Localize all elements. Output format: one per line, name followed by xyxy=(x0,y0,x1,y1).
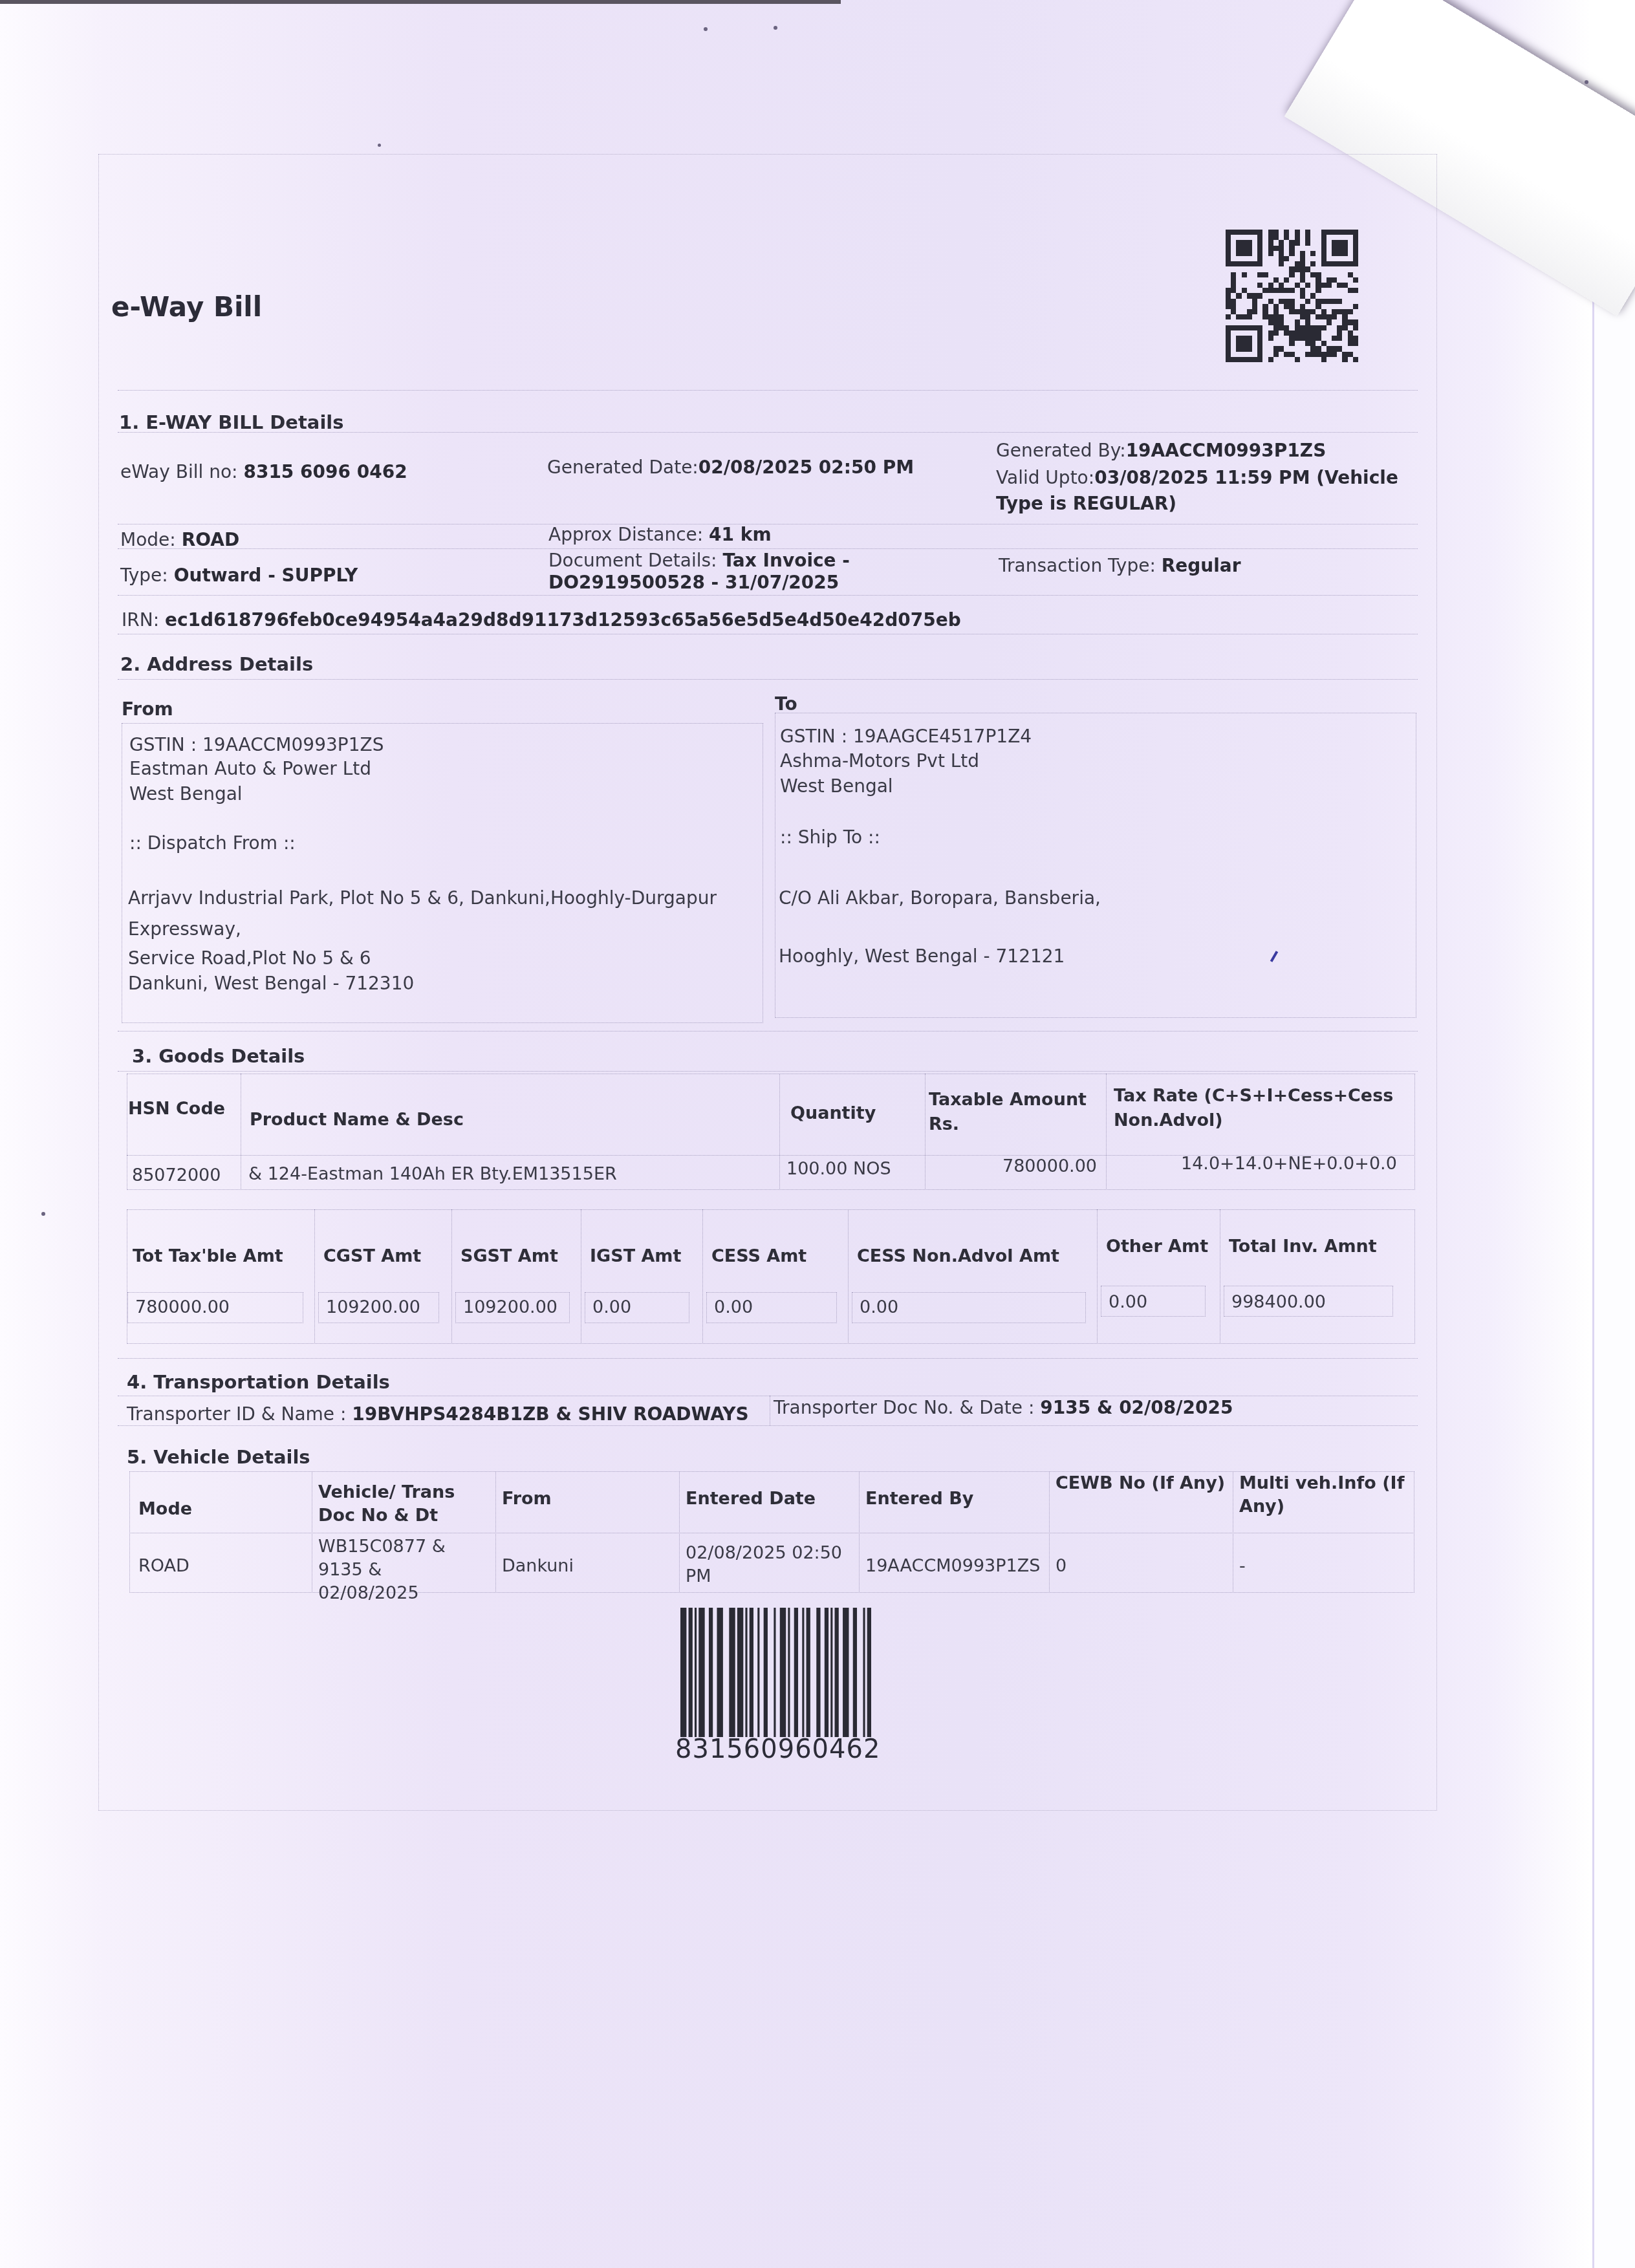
totals-value-4: 0.00 xyxy=(714,1296,753,1319)
document-details-label: Document Details: xyxy=(548,550,717,571)
divider xyxy=(118,595,1418,596)
totals-col-3: IGST Amt xyxy=(590,1245,706,1268)
divider xyxy=(118,1396,1418,1396)
totals-value-7: 998400.00 xyxy=(1231,1291,1326,1314)
dispatch-from-label: :: Dispatch From :: xyxy=(129,832,296,854)
speck xyxy=(1585,80,1588,84)
document-details-value: Tax Invoice - xyxy=(722,550,850,571)
barcode-number: 831560960462 xyxy=(675,1734,880,1764)
totals-col-5: CESS Non.Advol Amt xyxy=(857,1245,1103,1268)
totals-col-6: Other Amt xyxy=(1106,1235,1222,1258)
to-address-line1: C/O Ali Akbar, Boropara, Bansberia, xyxy=(779,887,1101,909)
transporter-doc-value: 9135 & 02/08/2025 xyxy=(1040,1397,1233,1418)
type-label: Type: xyxy=(120,565,168,586)
vehicle-col-5: CEWB No (If Any) xyxy=(1056,1472,1230,1495)
divider xyxy=(118,634,1418,634)
col-sep xyxy=(779,1074,780,1189)
col-taxable-amount: Taxable Amount Rs. xyxy=(929,1088,1103,1137)
speck xyxy=(774,26,777,30)
col-sep xyxy=(1097,1209,1098,1343)
mode-value: ROAD xyxy=(182,529,240,550)
col-sep xyxy=(1049,1471,1050,1592)
col-sep xyxy=(241,1074,241,1189)
valid-upto-cont: Type is REGULAR) xyxy=(996,493,1176,514)
transaction-type-value: Regular xyxy=(1162,555,1241,576)
page-edge xyxy=(1592,149,1635,2268)
to-label: To xyxy=(775,693,797,715)
transporter-label: Transporter ID & Name : xyxy=(127,1403,346,1425)
vehicle-col-4: Entered By xyxy=(865,1487,1046,1511)
vehicle-value-4: 19AACCM0993P1ZS xyxy=(865,1555,1046,1578)
transporter-doc-label: Transporter Doc No. & Date : xyxy=(774,1397,1034,1418)
section-heading-goods: 3. Goods Details xyxy=(132,1045,305,1067)
col-hsn-code: HSN Code xyxy=(128,1097,232,1121)
barcode-icon xyxy=(680,1608,871,1737)
divider xyxy=(118,1358,1418,1359)
speck xyxy=(378,144,381,147)
totals-col-1: CGST Amt xyxy=(323,1245,456,1268)
vehicle-col-3: Entered Date xyxy=(686,1487,854,1511)
divider xyxy=(118,390,1418,391)
totals-value-5: 0.00 xyxy=(860,1296,898,1319)
col-sep xyxy=(925,1074,926,1189)
vehicle-value-6: - xyxy=(1239,1555,1407,1578)
from-address-line3: Service Road,Plot No 5 & 6 xyxy=(128,947,371,969)
section-heading-vehicle: 5. Vehicle Details xyxy=(127,1446,310,1468)
section-heading-transportation: 4. Transportation Details xyxy=(127,1371,390,1393)
to-address-line2: Hooghly, West Bengal - 712121 xyxy=(779,945,1065,967)
col-sep xyxy=(859,1471,860,1592)
transaction-type-label: Transaction Type: xyxy=(999,555,1156,576)
goods-taxable-amount: 780000.00 xyxy=(1002,1155,1097,1178)
speck xyxy=(41,1212,45,1216)
vehicle-col-1: Vehicle/ Trans Doc No & Dt xyxy=(318,1481,486,1528)
totals-col-4: CESS Amt xyxy=(711,1245,854,1268)
eway-bill-no: eWay Bill no: 8315 6096 0462 xyxy=(120,461,407,482)
goods-quantity: 100.00 NOS xyxy=(786,1158,891,1181)
valid-upto: Valid Upto:03/08/2025 11:59 PM (Vehicle xyxy=(996,467,1398,488)
transporter-value: 19BVHPS4284B1ZB & SHIV ROADWAYS xyxy=(352,1403,748,1425)
type-value: Outward - SUPPLY xyxy=(174,565,358,586)
to-gstin: GSTIN : 19AAGCE4517P1Z4 xyxy=(780,726,1032,747)
divider xyxy=(129,1533,1413,1533)
mode-label: Mode: xyxy=(120,529,176,550)
generated-by-label: Generated By: xyxy=(996,440,1126,461)
from-name: Eastman Auto & Power Ltd xyxy=(129,758,371,779)
totals-col-7: Total Inv. Amnt xyxy=(1229,1235,1410,1258)
col-sep xyxy=(1106,1074,1107,1189)
section-heading-eway-details: 1. E-WAY BILL Details xyxy=(119,411,344,433)
divider xyxy=(118,1425,1418,1426)
col-quantity: Quantity xyxy=(790,1102,876,1125)
col-tax-rate: Tax Rate (C+S+I+Cess+Cess Non.Advol) xyxy=(1114,1084,1411,1133)
document-details-cont: DO2919500528 - 31/07/2025 xyxy=(548,572,839,593)
eway-bill-no-label: eWay Bill no: xyxy=(120,461,238,482)
transporter: Transporter ID & Name : 19BVHPS4284B1ZB … xyxy=(127,1403,749,1425)
goods-product: & 124-Eastman 140Ah ER Bty.EM13515ER xyxy=(248,1163,617,1186)
totals-value-3: 0.00 xyxy=(592,1296,631,1319)
to-state: West Bengal xyxy=(780,775,893,797)
from-address-line2: Expressway, xyxy=(128,918,241,940)
col-sep xyxy=(312,1471,312,1592)
page-title: e-Way Bill xyxy=(111,291,262,323)
goods-tax-rate: 14.0+14.0+NE+0.0+0.0 xyxy=(1181,1152,1397,1176)
col-sep xyxy=(581,1209,581,1343)
vehicle-value-5: 0 xyxy=(1056,1555,1230,1578)
totals-table xyxy=(127,1209,1415,1344)
from-address-line1: Arrjavv Industrial Park, Plot No 5 & 6, … xyxy=(128,887,717,909)
document-number: DO2919500528 - 31/07/2025 xyxy=(548,572,839,593)
vehicle-col-2: From xyxy=(502,1487,670,1511)
from-state: West Bengal xyxy=(129,783,243,805)
totals-col-0: Tot Tax'ble Amt xyxy=(133,1245,320,1268)
valid-upto-value: 03/08/2025 11:59 PM (Vehicle xyxy=(1094,467,1398,488)
speck xyxy=(704,27,708,31)
divider xyxy=(118,548,1418,549)
totals-value-2: 109200.00 xyxy=(463,1296,558,1319)
totals-col-2: SGST Amt xyxy=(460,1245,587,1268)
vehicle-col-0: Mode xyxy=(138,1498,307,1521)
generated-by-value: 19AACCM0993P1ZS xyxy=(1126,440,1326,461)
approx-distance: Approx Distance: 41 km xyxy=(548,524,772,545)
col-sep xyxy=(495,1471,496,1592)
divider xyxy=(118,679,1418,680)
irn: IRN: ec1d618796feb0ce94954a4a29d8d91173d… xyxy=(122,609,961,631)
from-label: From xyxy=(122,698,173,720)
type: Type: Outward - SUPPLY xyxy=(120,565,358,586)
mode: Mode: ROAD xyxy=(120,529,239,550)
scan-edge xyxy=(0,0,841,4)
transaction-type: Transaction Type: Regular xyxy=(999,555,1241,576)
from-gstin: GSTIN : 19AACCM0993P1ZS xyxy=(129,734,384,755)
col-sep xyxy=(451,1209,452,1343)
col-sep xyxy=(848,1209,849,1343)
section-heading-address: 2. Address Details xyxy=(120,653,313,675)
vehicle-value-3: 02/08/2025 02:50 PM xyxy=(686,1542,854,1588)
divider xyxy=(118,432,1418,433)
document-details: Document Details: Tax Invoice - xyxy=(548,550,850,571)
valid-upto-label: Valid Upto: xyxy=(996,467,1094,488)
from-address-line4: Dankuni, West Bengal - 712310 xyxy=(128,973,414,994)
col-sep xyxy=(1220,1209,1220,1343)
col-sep xyxy=(770,1396,770,1425)
transporter-doc: Transporter Doc No. & Date : 9135 & 02/0… xyxy=(774,1397,1233,1418)
irn-value: ec1d618796feb0ce94954a4a29d8d91173d12593… xyxy=(165,609,961,631)
vehicle-value-2: Dankuni xyxy=(502,1555,670,1578)
col-product-name: Product Name & Desc xyxy=(250,1108,464,1132)
vehicle-value-1: WB15C0877 & 9135 & 02/08/2025 xyxy=(318,1535,454,1605)
col-sep xyxy=(679,1471,680,1592)
totals-value-0: 780000.00 xyxy=(135,1296,230,1319)
generated-date-label: Generated Date: xyxy=(547,457,698,478)
col-sep xyxy=(702,1209,703,1343)
generated-date-value: 02/08/2025 02:50 PM xyxy=(698,457,914,478)
generated-date: Generated Date:02/08/2025 02:50 PM xyxy=(547,457,914,478)
approx-distance-value: 41 km xyxy=(709,524,772,545)
vehicle-col-6: Multi veh.Info (If Any) xyxy=(1239,1472,1407,1518)
col-sep xyxy=(314,1209,315,1343)
vehicle-type: Type is REGULAR) xyxy=(996,493,1176,514)
irn-label: IRN: xyxy=(122,609,159,631)
totals-value-1: 109200.00 xyxy=(326,1296,420,1319)
approx-distance-label: Approx Distance: xyxy=(548,524,703,545)
goods-hsn: 85072000 xyxy=(132,1164,221,1187)
vehicle-value-0: ROAD xyxy=(138,1555,307,1578)
divider xyxy=(118,1071,1418,1072)
ship-to-label: :: Ship To :: xyxy=(780,826,880,848)
totals-value-6: 0.00 xyxy=(1109,1291,1147,1314)
qr-code-icon xyxy=(1226,230,1358,362)
eway-bill-no-value: 8315 6096 0462 xyxy=(243,461,407,482)
divider xyxy=(118,1031,1418,1031)
generated-by: Generated By:19AACCM0993P1ZS xyxy=(996,440,1326,461)
col-sep xyxy=(1233,1471,1233,1592)
to-name: Ashma-Motors Pvt Ltd xyxy=(780,750,979,772)
